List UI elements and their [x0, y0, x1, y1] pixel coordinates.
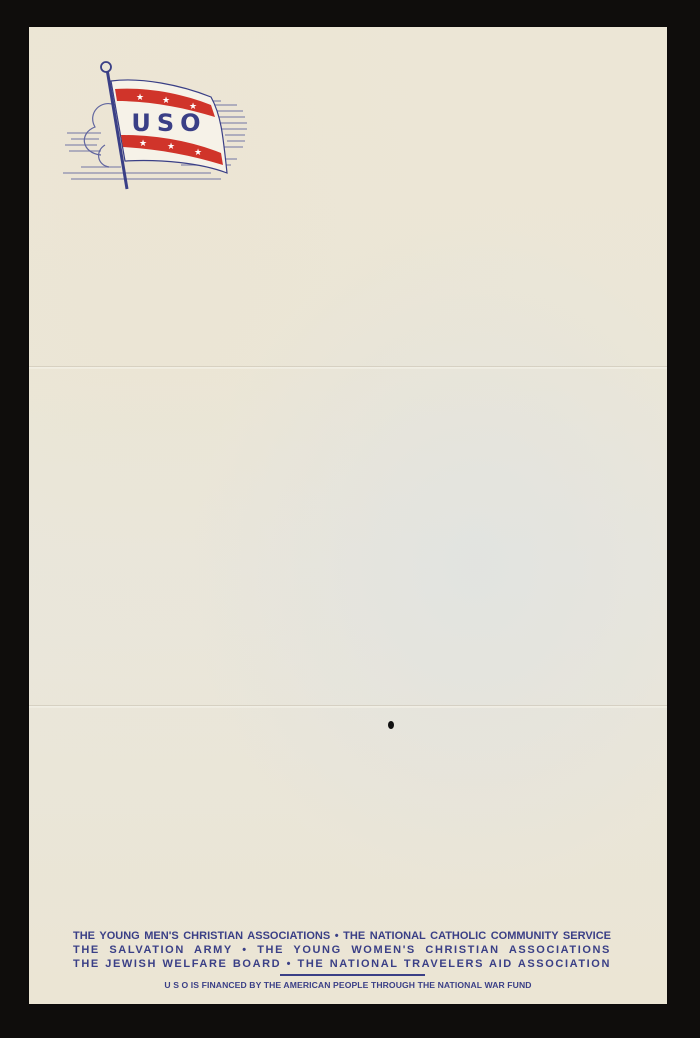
agencies-line-2: THE SALVATION ARMY • THE YOUNG WOMEN'S C…	[73, 943, 611, 957]
svg-text:★: ★	[194, 148, 202, 158]
svg-text:★: ★	[139, 139, 147, 149]
agencies-line-3: THE JEWISH WELFARE BOARD • THE NATIONAL …	[73, 957, 611, 971]
svg-text:★: ★	[162, 96, 170, 106]
letterhead-footer: THE YOUNG MEN'S CHRISTIAN ASSOCIATIONS •…	[29, 929, 667, 991]
funding-note: U S O IS FINANCED BY THE AMERICAN PEOPLE…	[29, 979, 667, 991]
paper-hole	[388, 721, 394, 729]
flag-text: USO	[131, 109, 206, 137]
agencies-line-1: THE YOUNG MEN'S CHRISTIAN ASSOCIATIONS •…	[73, 929, 611, 943]
fold-line-upper	[29, 366, 667, 369]
svg-text:★: ★	[167, 142, 175, 152]
letterhead-paper: ★★★ ★★★ USO THE YOUNG MEN'S CHRISTIAN AS…	[29, 27, 667, 1004]
fold-line-lower	[29, 705, 667, 708]
footer-divider	[280, 974, 425, 976]
svg-text:★: ★	[136, 93, 144, 103]
uso-flag-icon: ★★★ ★★★ USO	[61, 55, 251, 195]
